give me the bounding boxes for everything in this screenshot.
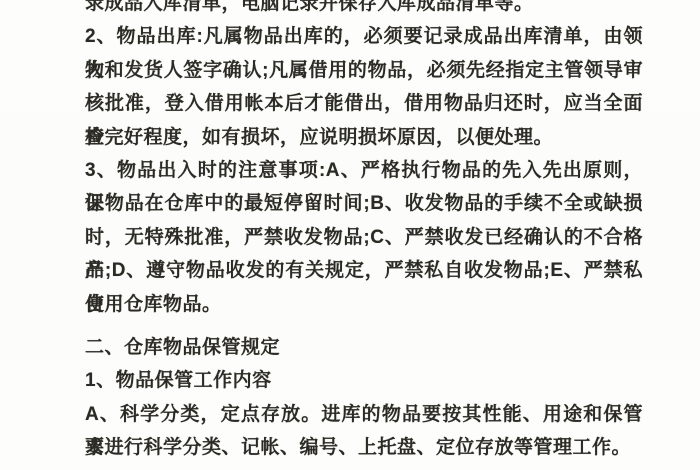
text-line-itemA-end: 求进行科学分类、记帐、编号、上托盘、定位存放等管理工作。: [85, 431, 643, 464]
text-line: 核批准，登入借用帐本后才能借出，借用物品归还时，应当全面检: [85, 87, 643, 120]
text-line: 人和发货人签字确认;凡属借用的物品，必须先经指定主管领导审: [85, 54, 643, 87]
section-heading-2: 二、仓库物品保管规定: [85, 331, 643, 364]
scanned-document-page: 录成品入库清单，电脑记录并保存入库成品清单等。 2、物品出库:凡属物品出库的，必…: [0, 0, 700, 470]
text-line-item3-end: 使用仓库物品。: [85, 288, 643, 321]
subsection-heading-1: 1、物品保管工作内容: [85, 364, 643, 397]
text-line-item2-start: 2、物品出库:凡属物品出库的，必须要记录成品出库清单，由领物: [85, 20, 643, 53]
text-line-clipped-top: 录成品入库清单，电脑记录并保存入库成品清单等。: [85, 0, 643, 20]
document-text-block: 录成品入库清单，电脑记录并保存入库成品清单等。 2、物品出库:凡属物品出库的，必…: [85, 0, 643, 464]
text-line-item3-start: 3、物品出入时的注意事项:A、严格执行物品的先入先出原则，保: [85, 154, 643, 187]
text-line-itemA-start: A、科学分类，定点存放。进库的物品要按其性能、用途和保管要: [85, 398, 643, 431]
text-line-item2-end: 查完好程度，如有损坏，应说明损坏原因，以便处理。: [85, 121, 643, 154]
text-line: 证物品在仓库中的最短停留时间;B、收发物品的手续不全或缺损: [85, 187, 643, 220]
text-line: 时，无特殊批准，严禁收发物品;C、严禁收发已经确认的不合格产: [85, 221, 643, 254]
text-line: 品;D、遵守物品收发的有关规定，严禁私自收发物品;E、严禁私自: [85, 254, 643, 287]
